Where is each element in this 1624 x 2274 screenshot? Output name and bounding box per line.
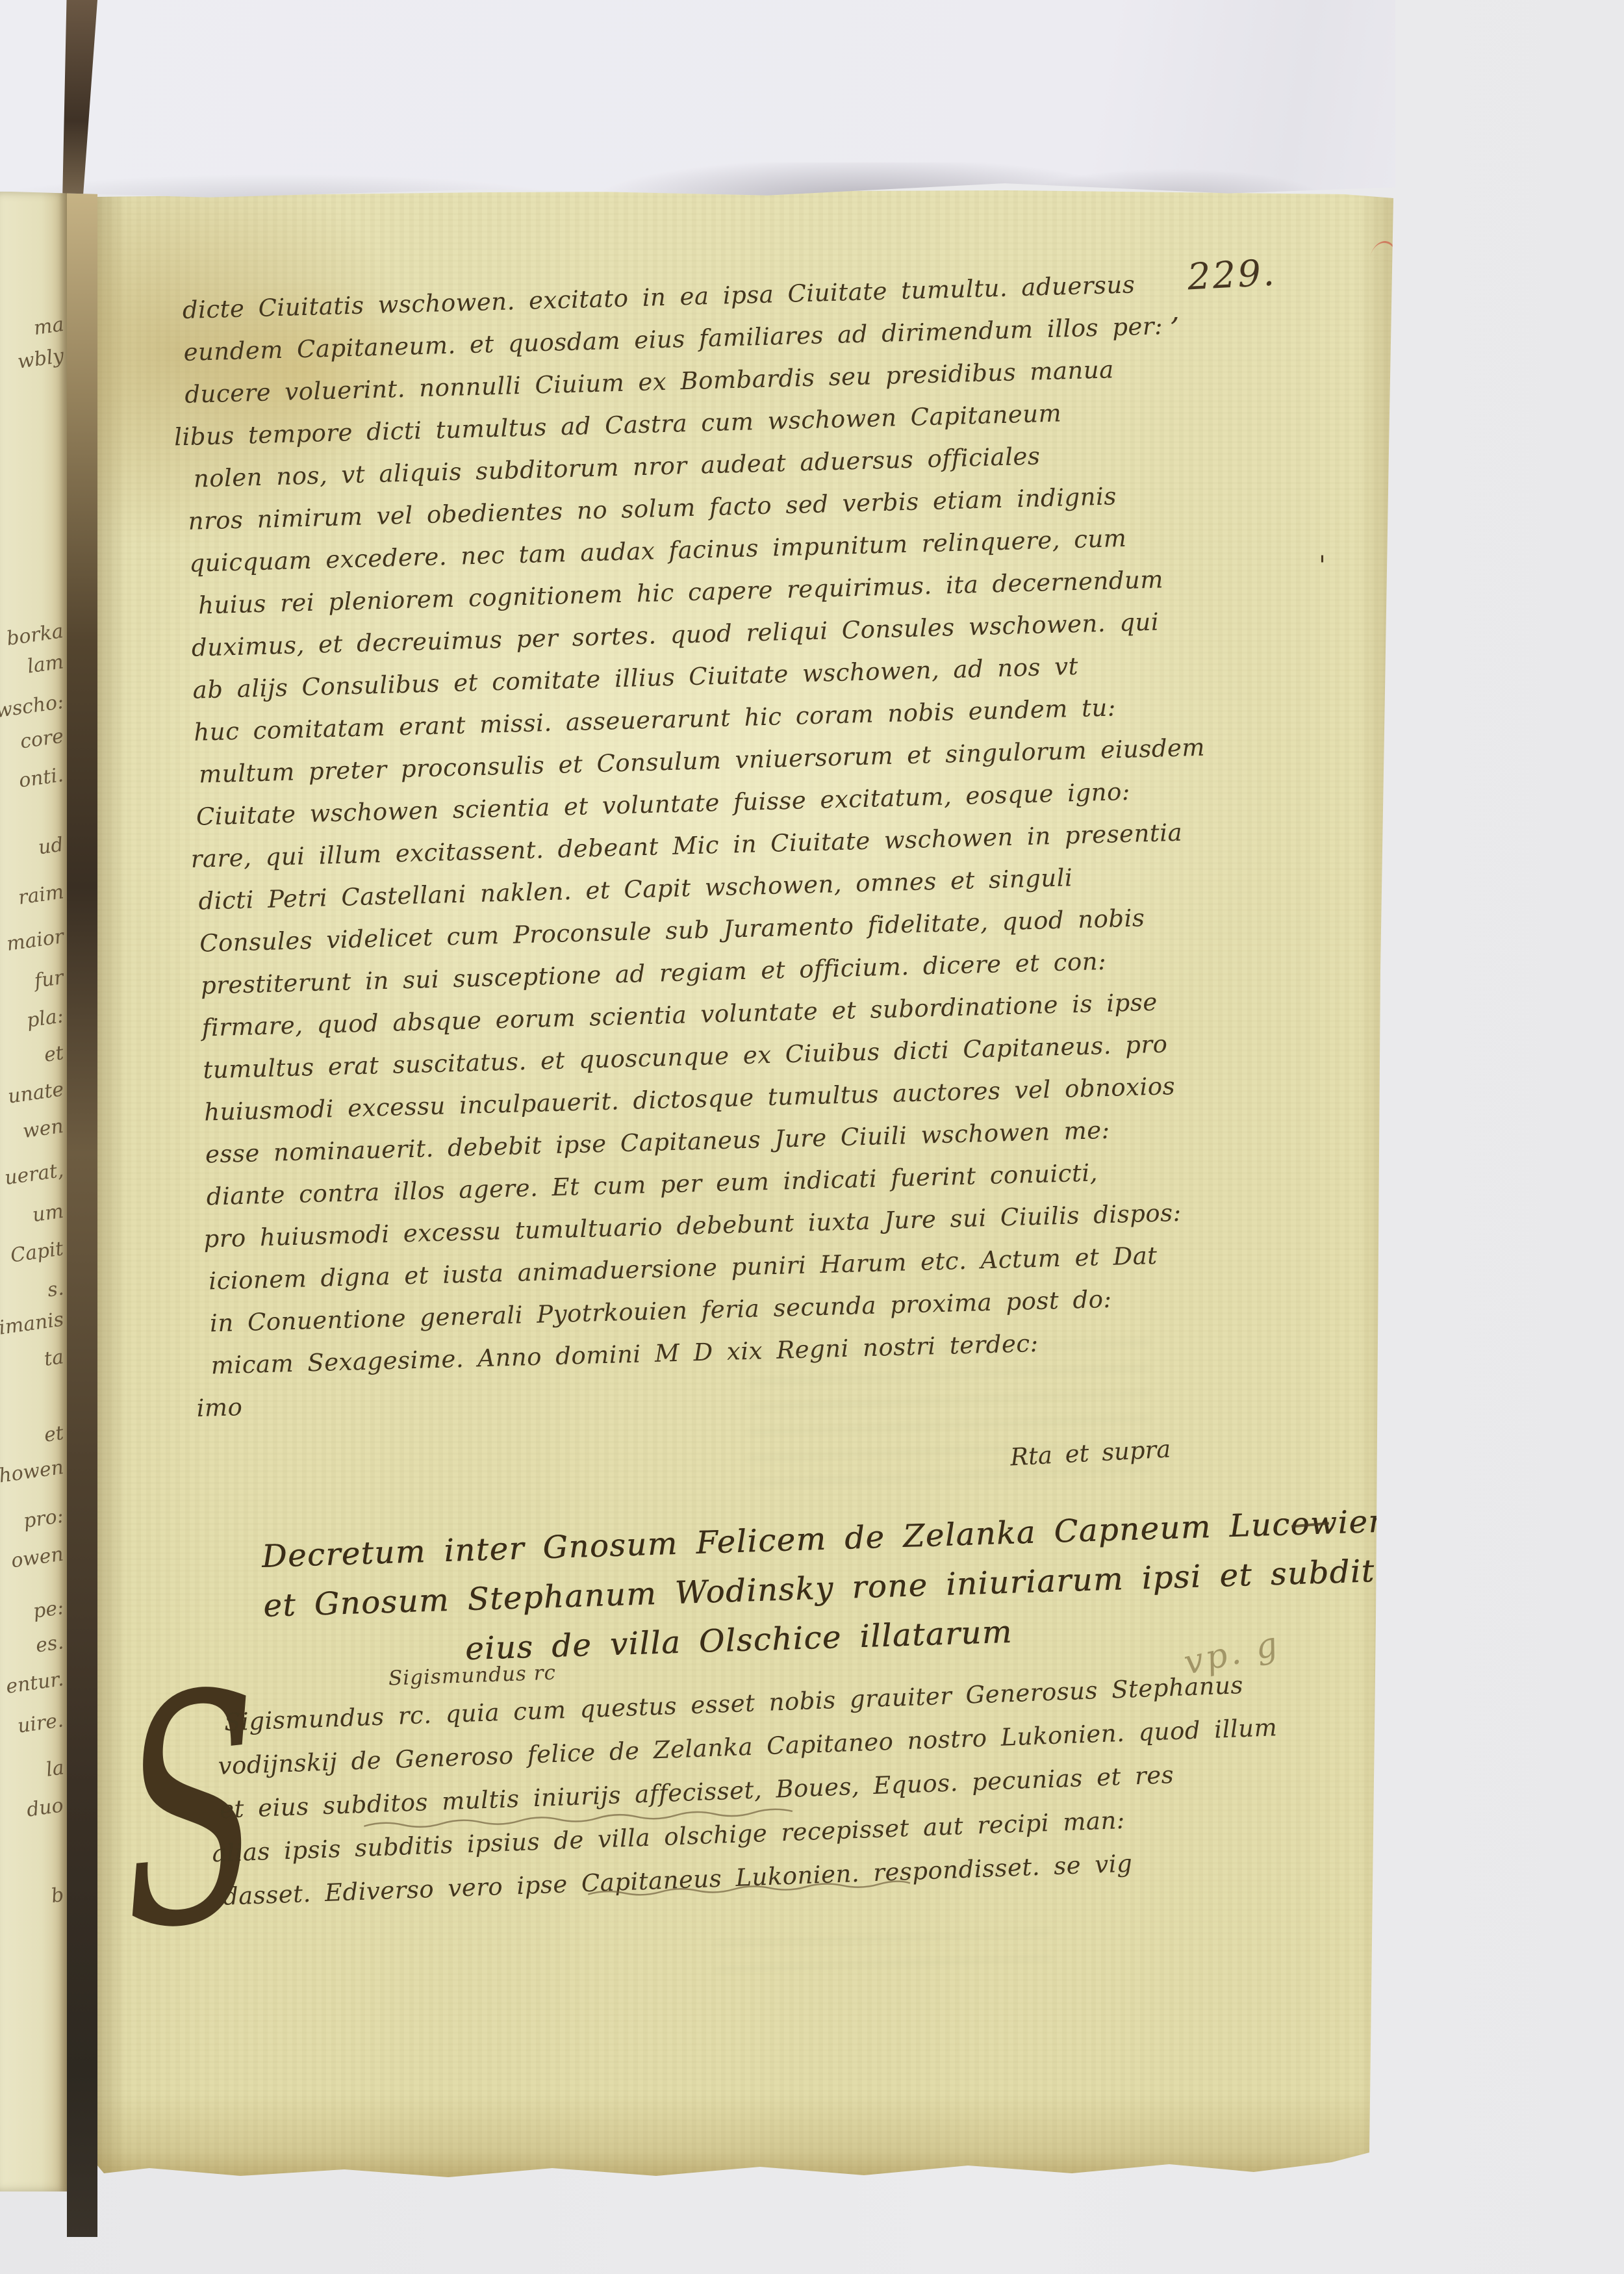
previous-page-edge: ma wbly borka lam wscho: core onti. ud r…: [0, 192, 67, 2191]
margin-fragment: ud: [37, 833, 65, 859]
margin-fragment: uerat,: [3, 1159, 65, 1190]
red-pen-mark: [1370, 238, 1400, 263]
margin-fragment: um: [31, 1200, 65, 1227]
margin-fragment: wscho:: [0, 691, 65, 722]
interleaf-sheet: [0, 0, 1395, 201]
margin-fragment: borka: [5, 620, 65, 650]
margin-fragment: ma: [32, 313, 65, 340]
margin-fragment: Capit: [9, 1237, 65, 1267]
margin-fragment: la: [44, 1756, 65, 1781]
margin-fragment: maior: [5, 925, 65, 956]
ink-show-through: [715, 1920, 1052, 1982]
main-text-block: dicte Ciuitatis wschowen. excitato in ea…: [182, 262, 1200, 1429]
margin-fragment: et: [43, 1422, 65, 1447]
manuscript-page: 229. , ' dicte Ciuitatis wschowen. excit…: [97, 190, 1393, 2180]
margin-fragment: pro:: [22, 1505, 65, 1533]
margin-fragment: s.: [46, 1277, 66, 1301]
margin-fragment: b: [49, 1884, 65, 1908]
margin-fragment: fur: [33, 966, 65, 993]
margin-fragment: uire.: [16, 1709, 65, 1737]
margin-fragment: onti.: [18, 763, 65, 792]
stray-ink-mark: ': [1319, 551, 1326, 581]
margin-fragment: entur.: [5, 1668, 65, 1698]
margin-fragment: unate: [6, 1078, 65, 1108]
manuscript-scan: ma wbly borka lam wscho: core onti. ud r…: [0, 0, 1624, 2274]
bottom-text-block: Sigismundus rc. quia cum questus esset n…: [216, 1664, 1236, 1919]
margin-fragment: wbly: [16, 344, 65, 374]
margin-fragment: wen: [21, 1115, 65, 1143]
margin-fragment: raim: [17, 880, 65, 909]
pen-mark: ,: [1171, 294, 1180, 327]
margin-fragment: lam: [26, 650, 65, 678]
interlinear-note: Sigismundus rc: [388, 1661, 556, 1691]
margin-fragment: core: [19, 725, 65, 754]
page-number: 229.: [1186, 251, 1277, 298]
margin-fragment: owen: [10, 1543, 65, 1573]
margin-fragment: es.: [34, 1631, 65, 1657]
margin-fragment: pe:: [32, 1596, 65, 1623]
decree-heading: Decretum inter Gnosum Felicem de Zelanka…: [261, 1502, 1213, 1680]
margin-fragment: et: [43, 1041, 65, 1067]
margin-fragment: duo: [25, 1794, 65, 1822]
margin-fragment: pla:: [25, 1004, 65, 1032]
book-gutter: [67, 192, 97, 2237]
margin-fragment: schowen: [0, 1456, 65, 1490]
margin-fragment: imanis: [0, 1308, 65, 1340]
margin-fragment: ta: [43, 1346, 66, 1371]
